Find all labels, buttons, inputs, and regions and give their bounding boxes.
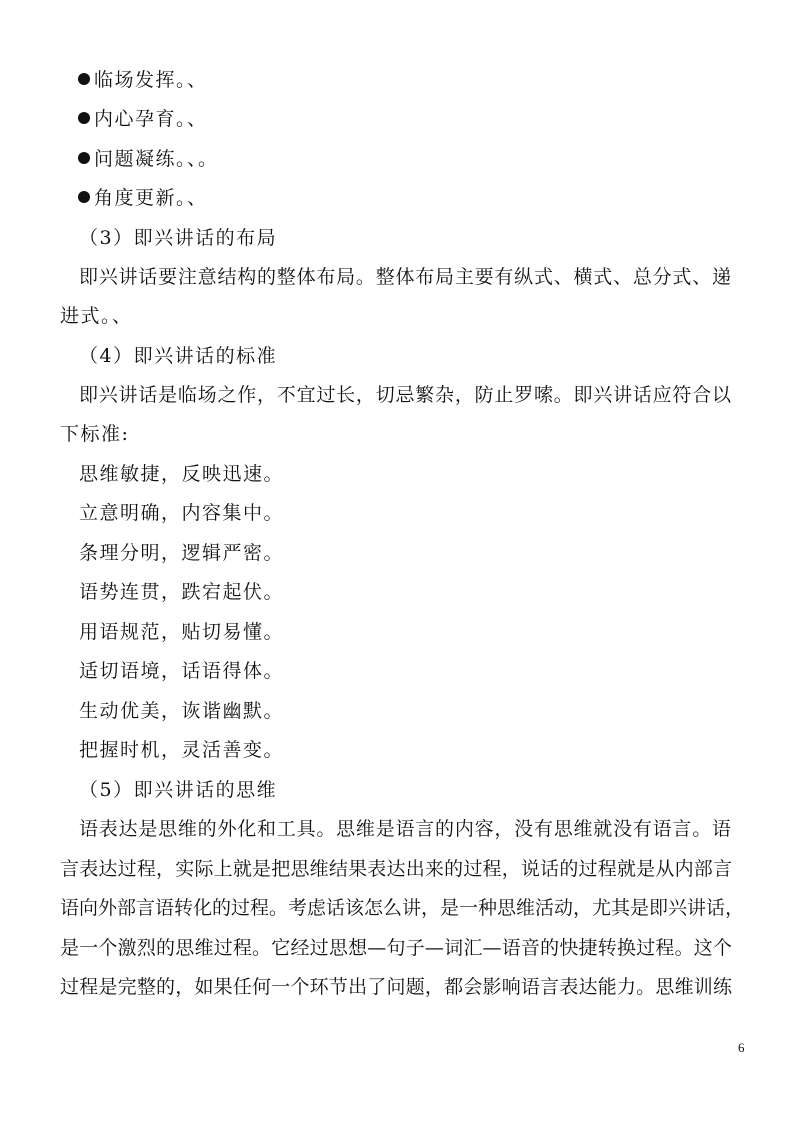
bullet-text: 问题凝练。、。	[94, 148, 219, 170]
bullet-item: 临场发挥。、	[78, 68, 208, 92]
bullet-item: 角度更新。、	[78, 186, 208, 210]
bullet-dot-icon	[78, 73, 90, 85]
paragraph-line: 语向外部言语转化的过程。考虑话该怎么讲，是一种思维活动，尤其是即兴讲话，	[60, 896, 732, 920]
standard-item: 把握时机，灵活善变。	[79, 738, 284, 762]
paragraph-line: 即兴讲话是临场之作，不宜过长，切忌繁杂，防止罗嗦。即兴讲话应符合以	[79, 383, 731, 407]
section-heading: （3）即兴讲话的布局	[79, 226, 277, 250]
page-number: 6	[738, 1040, 745, 1056]
bullet-item: 内心孕育。、	[78, 107, 208, 131]
bullet-dot-icon	[78, 152, 90, 164]
bullet-dot-icon	[78, 191, 90, 203]
document-page: 临场发挥。、 内心孕育。、 问题凝练。、。 角度更新。、 （3）即兴讲话的布局 …	[0, 0, 793, 1122]
paragraph-line: 进式。、	[60, 304, 133, 328]
section-heading: （5）即兴讲话的思维	[79, 778, 277, 802]
bullet-item: 问题凝练。、。	[78, 147, 219, 171]
bullet-text: 临场发挥。、	[94, 69, 208, 91]
paragraph-line: 是一个激烈的思维过程。它经过思想—句子—词汇—语音的快捷转换过程。这个	[60, 936, 732, 960]
standard-item: 语势连贯，跌宕起伏。	[79, 580, 284, 604]
standard-item: 适切语境，话语得体。	[79, 659, 284, 683]
standard-item: 条理分明，逻辑严密。	[79, 541, 284, 565]
standard-item: 用语规范，贴切易懂。	[79, 620, 284, 644]
bullet-text: 角度更新。、	[94, 187, 208, 209]
bullet-dot-icon	[78, 112, 90, 124]
bullet-text: 内心孕育。、	[94, 108, 208, 130]
paragraph-line: 即兴讲话要注意结构的整体布局。整体布局主要有纵式、横式、总分式、递	[79, 265, 731, 289]
paragraph-line: 下标准:	[60, 422, 129, 446]
standard-item: 生动优美，诙谐幽默。	[79, 699, 284, 723]
paragraph-line: 语表达是思维的外化和工具。思维是语言的内容，没有思维就没有语言。语	[79, 817, 731, 841]
paragraph-line: 言表达过程，实际上就是把思维结果表达出来的过程，说话的过程就是从内部言	[60, 857, 732, 881]
paragraph-line: 过程是完整的，如果任何一个环节出了问题，都会影响语言表达能力。思维训练	[60, 975, 732, 999]
section-heading: （4）即兴讲话的标准	[79, 344, 277, 368]
standard-item: 立意明确，内容集中。	[79, 501, 284, 525]
standard-item: 思维敏捷，反映迅速。	[79, 462, 284, 486]
